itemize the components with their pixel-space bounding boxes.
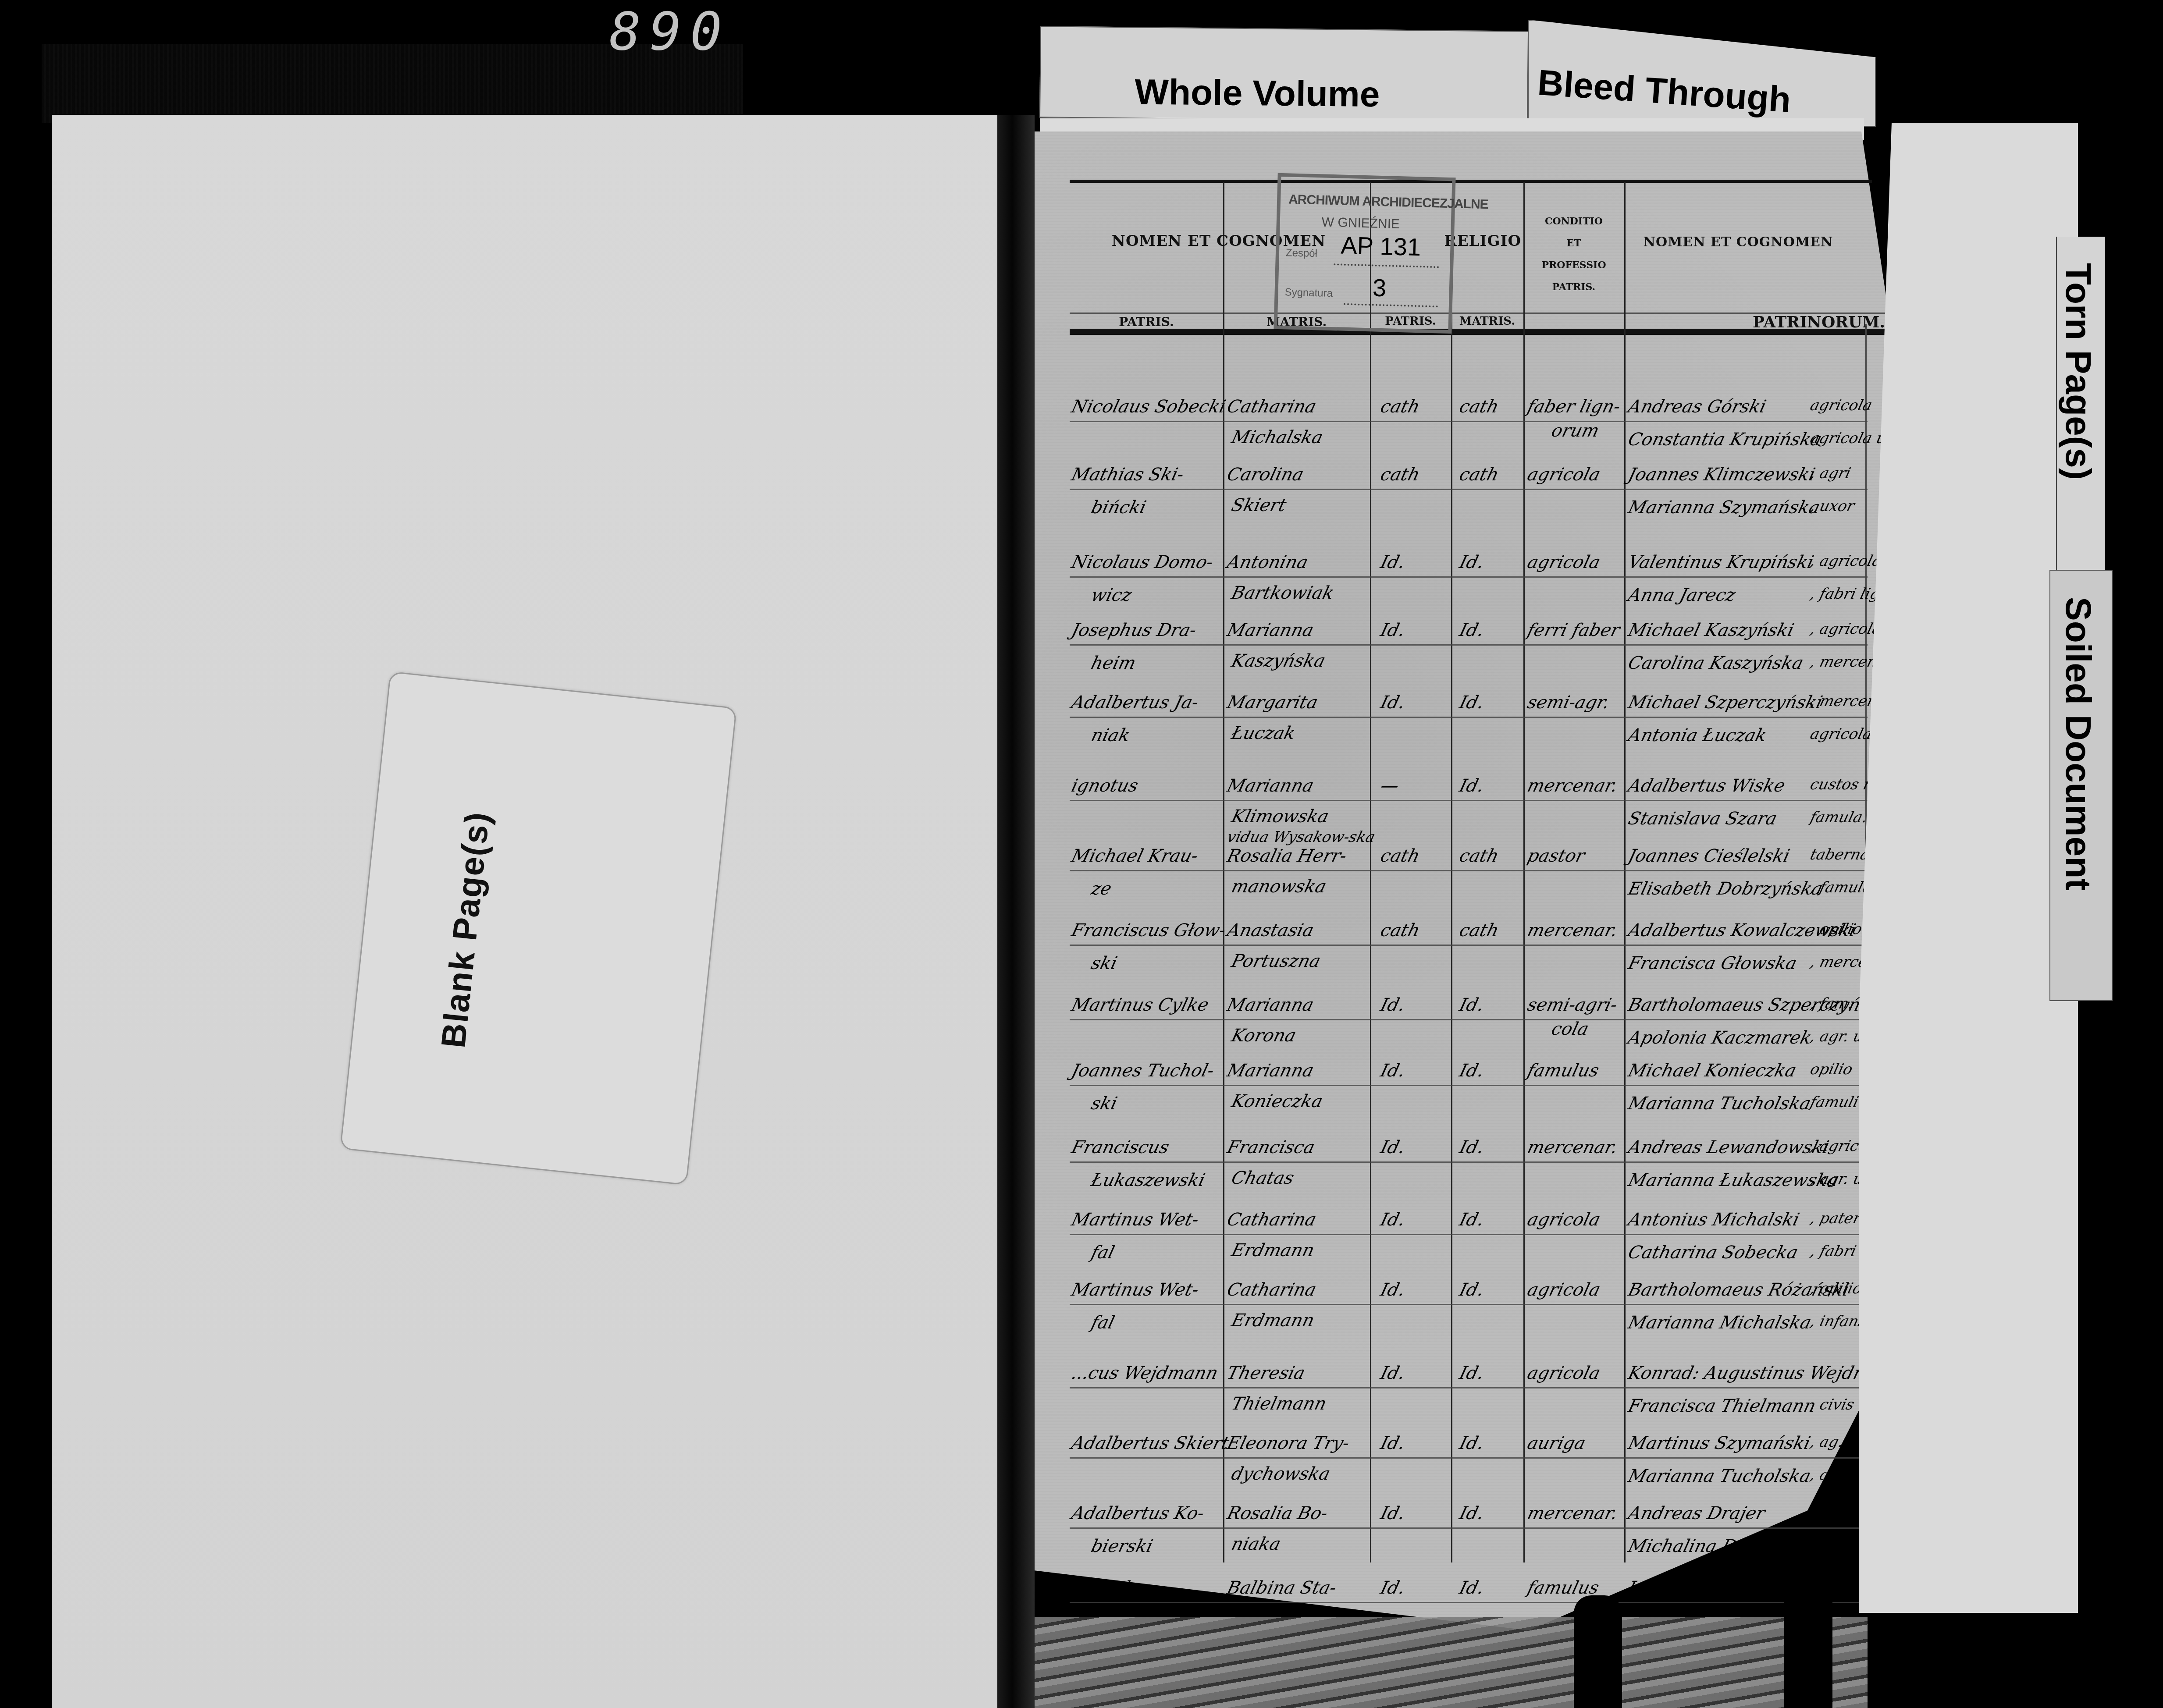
entry-condition: pastor [1525, 846, 1587, 866]
entry-father-name-cont: ski [1089, 1094, 1119, 1114]
entry-father-name: ...cus Wejdmann [1069, 1363, 1220, 1383]
entry-condition: semi-agr. [1525, 692, 1612, 713]
page-clip [1574, 1595, 1622, 1708]
entry-religion-mother: Id. [1457, 1137, 1486, 1158]
entry-father-name: Josephus Dra- [1069, 620, 1199, 640]
entry-condition: mercenar. [1525, 920, 1619, 941]
entry-godparent-2: Francisca Thielmann [1626, 1396, 1818, 1416]
entry-mother-name-cont: Thielmann [1229, 1394, 1328, 1414]
entry-mother-name: Balbina Sta- [1225, 1578, 1338, 1598]
entry-mother-name: Francisca [1225, 1137, 1317, 1158]
entry-baseline [1070, 945, 1868, 946]
entry-baseline [1070, 644, 1868, 646]
entry-condition: mercenar. [1525, 1503, 1619, 1523]
entry-religion-father: Id. [1378, 1503, 1407, 1523]
entry-mother-name-cont: Bartkowiak [1229, 583, 1336, 603]
entry-religion-mother: Id. [1457, 995, 1486, 1015]
torn-page-backing [1859, 123, 2078, 1613]
entry-mother-name-cont: dychowska [1229, 1464, 1332, 1484]
entry-godparent-1-status: , opilio [1808, 1280, 1864, 1297]
entry-father-name: Martinus Wet- [1069, 1210, 1201, 1230]
entry-mother-name-cont: Kaszyńska [1229, 651, 1327, 671]
frame-counter: 890 [609, 4, 736, 60]
entry-condition: agricola [1525, 552, 1602, 572]
entry-godparent-2: Antonia Łuczak [1626, 725, 1768, 746]
entry-godparent-2: Anna Jarecz [1626, 585, 1738, 605]
entry-mother-name-cont: Chatas [1229, 1168, 1296, 1188]
entry-mother-name-cont: Erdmann [1229, 1310, 1316, 1331]
whole-volume-tag-label: Whole Volume [1135, 71, 1380, 115]
entry-godparent-2: Catharina Sobecka [1626, 1243, 1800, 1263]
stamp-sygnatura-value: 3 [1372, 273, 1387, 302]
entry-religion-father: Id. [1378, 692, 1407, 713]
entry-godparent-2: Marianna Tucholska [1626, 1094, 1813, 1114]
entry-religion-mother: Id. [1457, 552, 1486, 572]
entry-mother-name: Carolina [1225, 465, 1306, 485]
entry-religion-mother: Id. [1457, 1578, 1486, 1598]
entry-godparent-2: Stanislava Szara [1626, 809, 1779, 829]
entry-condition: mercenar. [1525, 776, 1619, 796]
entry-condition: faber lign- [1525, 397, 1622, 417]
entry-mother-name-cont: Erdmann [1229, 1240, 1316, 1261]
entry-religion-father: cath [1378, 465, 1422, 485]
column-divider [1624, 182, 1626, 1562]
entry-godparent-1-status: , fam. [1808, 995, 1856, 1012]
entry-godparent-1: Valentinus Krupiński [1626, 552, 1816, 572]
entry-father-name: Martinus Wet- [1069, 1280, 1201, 1300]
entry-baseline [1070, 576, 1868, 578]
book-spine [997, 115, 1035, 1708]
entry-father-name: Adalbertus Ja- [1069, 692, 1200, 713]
stamp-zespol-label: Zespół [1286, 247, 1318, 260]
entry-religion-mother: cath [1457, 920, 1501, 941]
entry-mother-name: Catharina [1225, 397, 1318, 417]
entry-condition-cont: cola [1549, 1019, 1591, 1039]
entry-godparent-1-status: , opilio [1808, 920, 1864, 938]
entry-father-name-cont: Łukaszewski [1089, 1170, 1207, 1190]
entry-religion-father: Id. [1378, 1433, 1407, 1453]
stamp-zespol-value: AP 131 [1341, 231, 1421, 262]
entry-father-name-cont: heim [1089, 653, 1138, 673]
entry-godparent-1: Andreas Lewandowski [1626, 1137, 1831, 1158]
entry-religion-father: Id. [1378, 620, 1407, 640]
entry-godparent-2: Constantia Krupińska [1626, 430, 1824, 450]
entry-father-name-cont: ski [1089, 953, 1119, 973]
entry-godparent-1: Joannes Cieślelski [1626, 846, 1792, 866]
entry-religion-mother: cath [1457, 846, 1501, 866]
blank-pages-tag: Blank Page(s) [340, 671, 737, 1185]
entry-baseline [1070, 1527, 1868, 1529]
entry-godparent-1-status: , agri [1808, 465, 1853, 482]
entry-mother-name-cont: Klimowska [1229, 806, 1331, 827]
entry-father-name: Franciscus [1069, 1137, 1171, 1158]
soiled-document-tag: Soiled Document [2049, 570, 2113, 1001]
entry-godparent-2-status: famula. [1808, 809, 1869, 826]
column-divider [1370, 182, 1371, 1562]
entry-godparent-2: Francisca Głowska [1626, 953, 1799, 973]
entry-religion-mother: Id. [1457, 1433, 1486, 1453]
entry-condition: agricola [1525, 1363, 1602, 1383]
entry-religion-mother: Id. [1457, 692, 1486, 713]
entry-religion-father: Id. [1378, 1280, 1407, 1300]
archive-stamp: ARCHIWUM ARCHIDIECEZJALNE W GNIEŹNIE Zes… [1274, 173, 1455, 334]
entry-condition: ferri faber [1525, 620, 1622, 640]
entry-religion-father: cath [1378, 397, 1422, 417]
entry-condition-cont: orum [1549, 421, 1601, 441]
entry-religion-mother: Id. [1457, 1363, 1486, 1383]
entry-baseline [1070, 1161, 1868, 1163]
entry-godparent-2: Marianna Tucholska [1626, 1466, 1813, 1486]
entry-condition: agricola [1525, 465, 1602, 485]
entry-father-name-cont: bińcki [1089, 497, 1148, 518]
entry-godparent-1: Antonius Michalski [1626, 1210, 1801, 1230]
entry-religion-mother: Id. [1457, 776, 1486, 796]
entry-father-name: Michael Krau- [1069, 846, 1200, 866]
entry-mother-name: Rosalia Bo- [1225, 1503, 1330, 1523]
entry-religion-father: Id. [1378, 1210, 1407, 1230]
bleed-through-tag: Bleed Through [1528, 20, 1876, 127]
entry-father-name: Joannes Tuchol- [1069, 1061, 1216, 1081]
entry-godparent-1-status: , agricola [1808, 620, 1883, 638]
entry-mother-name: Marianna [1225, 995, 1316, 1015]
entry-godparent-1: Andreas Górski [1626, 397, 1768, 417]
stamp-sygnatura-line [1344, 303, 1438, 308]
entry-baseline [1070, 1019, 1868, 1020]
entry-baseline [1070, 870, 1868, 871]
entry-mother-name: Catharina [1225, 1280, 1318, 1300]
entry-mother-name: Anastasia [1225, 920, 1316, 941]
entry-father-name-cont: bierski [1089, 1536, 1155, 1556]
entry-father-name: ...Pardo- [1069, 1578, 1149, 1598]
torn-pages-tag-label: Torn Page(s) [2057, 263, 2099, 480]
page-stack-edges [1035, 1617, 1868, 1708]
header-top-rule [1070, 180, 1872, 183]
entry-godparent-2-status: , uxor [1808, 497, 1856, 515]
entry-mother-name-cont: Korona [1229, 1026, 1298, 1046]
entry-condition: famulus [1525, 1061, 1601, 1081]
entry-father-name: Martinus Cylke [1069, 995, 1211, 1015]
blank-pages-tag-label: Blank Page(s) [431, 792, 499, 1067]
entry-godparent-2: Marianna Szymańska [1626, 497, 1822, 518]
entry-godparent-2: Apolonia Kaczmarek [1626, 1028, 1814, 1048]
entry-mother-name-cont: Michalska [1229, 427, 1325, 447]
entry-baseline [1070, 1602, 1868, 1603]
entry-mother-name: Rosalia Herr- [1225, 846, 1349, 866]
entry-mother-name-cont: Skiert [1229, 495, 1288, 515]
entry-father-name: Nicolaus Domo- [1069, 552, 1215, 572]
entry-mother-name-cont: Konieczka [1229, 1091, 1325, 1111]
entry-father-name: Adalbertus Ko- [1069, 1503, 1206, 1523]
entry-godparent-2-status: , ag. [1808, 1466, 1845, 1484]
entry-mother-name: Marianna [1225, 776, 1316, 796]
header-nomen-patrinorum: NOMEN ET COGNOMEN [1624, 234, 1852, 250]
header-conditio: CONDITIO ET PROFESSIO PATRIS. [1523, 210, 1624, 298]
entry-godparent-1: Andreas Drajer [1626, 1503, 1767, 1523]
entry-father-name: Franciscus Głow- [1069, 920, 1228, 941]
entry-religion-mother: Id. [1457, 620, 1486, 640]
soiled-document-tag-label: Soiled Document [2057, 597, 2099, 891]
entry-religion-mother: Id. [1457, 1503, 1486, 1523]
entry-mother-name: Margarita [1225, 692, 1320, 713]
entry-religion-father: Id. [1378, 1363, 1407, 1383]
entry-father-name-cont: wicz [1089, 585, 1134, 605]
entry-condition: semi-agri- [1525, 995, 1619, 1015]
entry-godparent-1-status: , agricola [1808, 552, 1883, 570]
entry-mother-note: vidua Wysakow-ska [1225, 828, 1377, 846]
entry-godparent-2: Carolina Kaszyńska [1626, 653, 1805, 673]
entry-religion-father: Id. [1378, 1061, 1407, 1081]
entry-religion-mother: Id. [1457, 1280, 1486, 1300]
entry-godparent-1: Michael Kaszyński [1626, 620, 1796, 640]
entry-godparent-1: Laurentius ... [1626, 1578, 1750, 1598]
entry-mother-name: Theresia [1225, 1363, 1307, 1383]
entry-mother-name-cont: manowska [1229, 877, 1328, 897]
entry-baseline [1070, 1387, 1868, 1388]
entry-godparent-1: Michael Konieczka [1626, 1061, 1798, 1081]
entry-condition: auriga [1525, 1433, 1587, 1453]
page-clip [1784, 1543, 1832, 1708]
entry-mother-name: Marianna [1225, 620, 1316, 640]
whole-volume-tag: Whole Volume [1039, 26, 1529, 123]
entry-father-name: Mathias Ski- [1069, 465, 1186, 485]
stamp-city: W GNIEŹNIE [1321, 215, 1400, 232]
entry-godparent-1: Joannes Klimczewski [1626, 465, 1817, 485]
entry-baseline [1070, 1304, 1868, 1305]
entry-religion-father: Id. [1378, 1137, 1407, 1158]
entry-baseline [1070, 489, 1868, 490]
entry-father-name-cont: niak [1089, 725, 1132, 746]
bleed-through-tag-label: Bleed Through [1536, 62, 1792, 121]
entry-mother-name-cont: niaka [1229, 1534, 1283, 1554]
entry-baseline [1070, 717, 1868, 718]
entry-baseline [1070, 421, 1868, 422]
column-divider [1523, 182, 1525, 1562]
entry-religion-mother: cath [1457, 465, 1501, 485]
entry-condition: agricola [1525, 1280, 1602, 1300]
entry-mother-name: Antonina [1225, 552, 1310, 572]
entry-condition: mercenar. [1525, 1137, 1619, 1158]
entry-father-name: ignotus [1069, 776, 1140, 796]
entry-mother-name: Eleonora Try- [1225, 1433, 1352, 1453]
subheader-patrinorum: PATRINORUM. [1688, 313, 1885, 331]
entry-godparent-1: Martinus Szymański [1626, 1433, 1812, 1453]
entry-mother-name: Marianna [1225, 1061, 1316, 1081]
entry-godparent-2: Elisabeth Dobrzyńska [1626, 879, 1825, 899]
entry-religion-father: Id. [1378, 1578, 1407, 1598]
entry-religion-mother: Id. [1457, 1061, 1486, 1081]
entry-religion-father: Id. [1378, 552, 1407, 572]
entry-religion-mother: cath [1457, 397, 1501, 417]
entry-father-name: Nicolaus Sobecki [1069, 397, 1228, 417]
entry-religion-father: Id. [1378, 995, 1407, 1015]
entry-godparent-2: Michalina Draj... [1626, 1536, 1780, 1556]
entry-godparent-1-status: agricola [1808, 397, 1874, 414]
entry-godparent-2: Marianna Michalska [1626, 1313, 1813, 1333]
subheader-patris: PATRIS. [1070, 315, 1223, 329]
entry-mother-name: Catharina [1225, 1210, 1318, 1230]
column-divider [1451, 313, 1452, 1562]
entry-baseline [1070, 1085, 1868, 1086]
entry-mother-name-cont: Łuczak [1229, 723, 1298, 743]
stamp-sygnatura-label: Sygnatura [1284, 286, 1333, 300]
entry-godparent-1-status: opilio [1808, 1061, 1854, 1078]
column-divider [1223, 182, 1224, 1562]
entry-father-name: Adalbertus Skiert [1069, 1433, 1231, 1453]
entry-godparent-1: Adalbertus Wiske [1626, 776, 1787, 796]
entry-religion-mother: Id. [1457, 1210, 1486, 1230]
entry-baseline [1070, 1234, 1868, 1235]
entry-baseline [1070, 800, 1868, 801]
subheader-religio-matris: MATRIS. [1451, 315, 1523, 328]
entry-condition: agricola [1525, 1210, 1602, 1230]
entry-religion-father: cath [1378, 846, 1422, 866]
entry-godparent-1: Michael Szperczyński [1626, 692, 1825, 713]
entry-mother-name-cont: Portuszna [1229, 951, 1323, 971]
entry-baseline [1070, 1457, 1868, 1459]
torn-pages-tag: Torn Page(s) [2056, 237, 2105, 579]
stamp-zespol-line [1334, 263, 1439, 268]
entry-godparent-1-status: , ag. [1808, 1433, 1845, 1451]
entry-religion-father: cath [1378, 920, 1422, 941]
entry-condition: famulus [1525, 1578, 1601, 1598]
entry-godparent-2-status: , civis [1808, 1396, 1856, 1413]
